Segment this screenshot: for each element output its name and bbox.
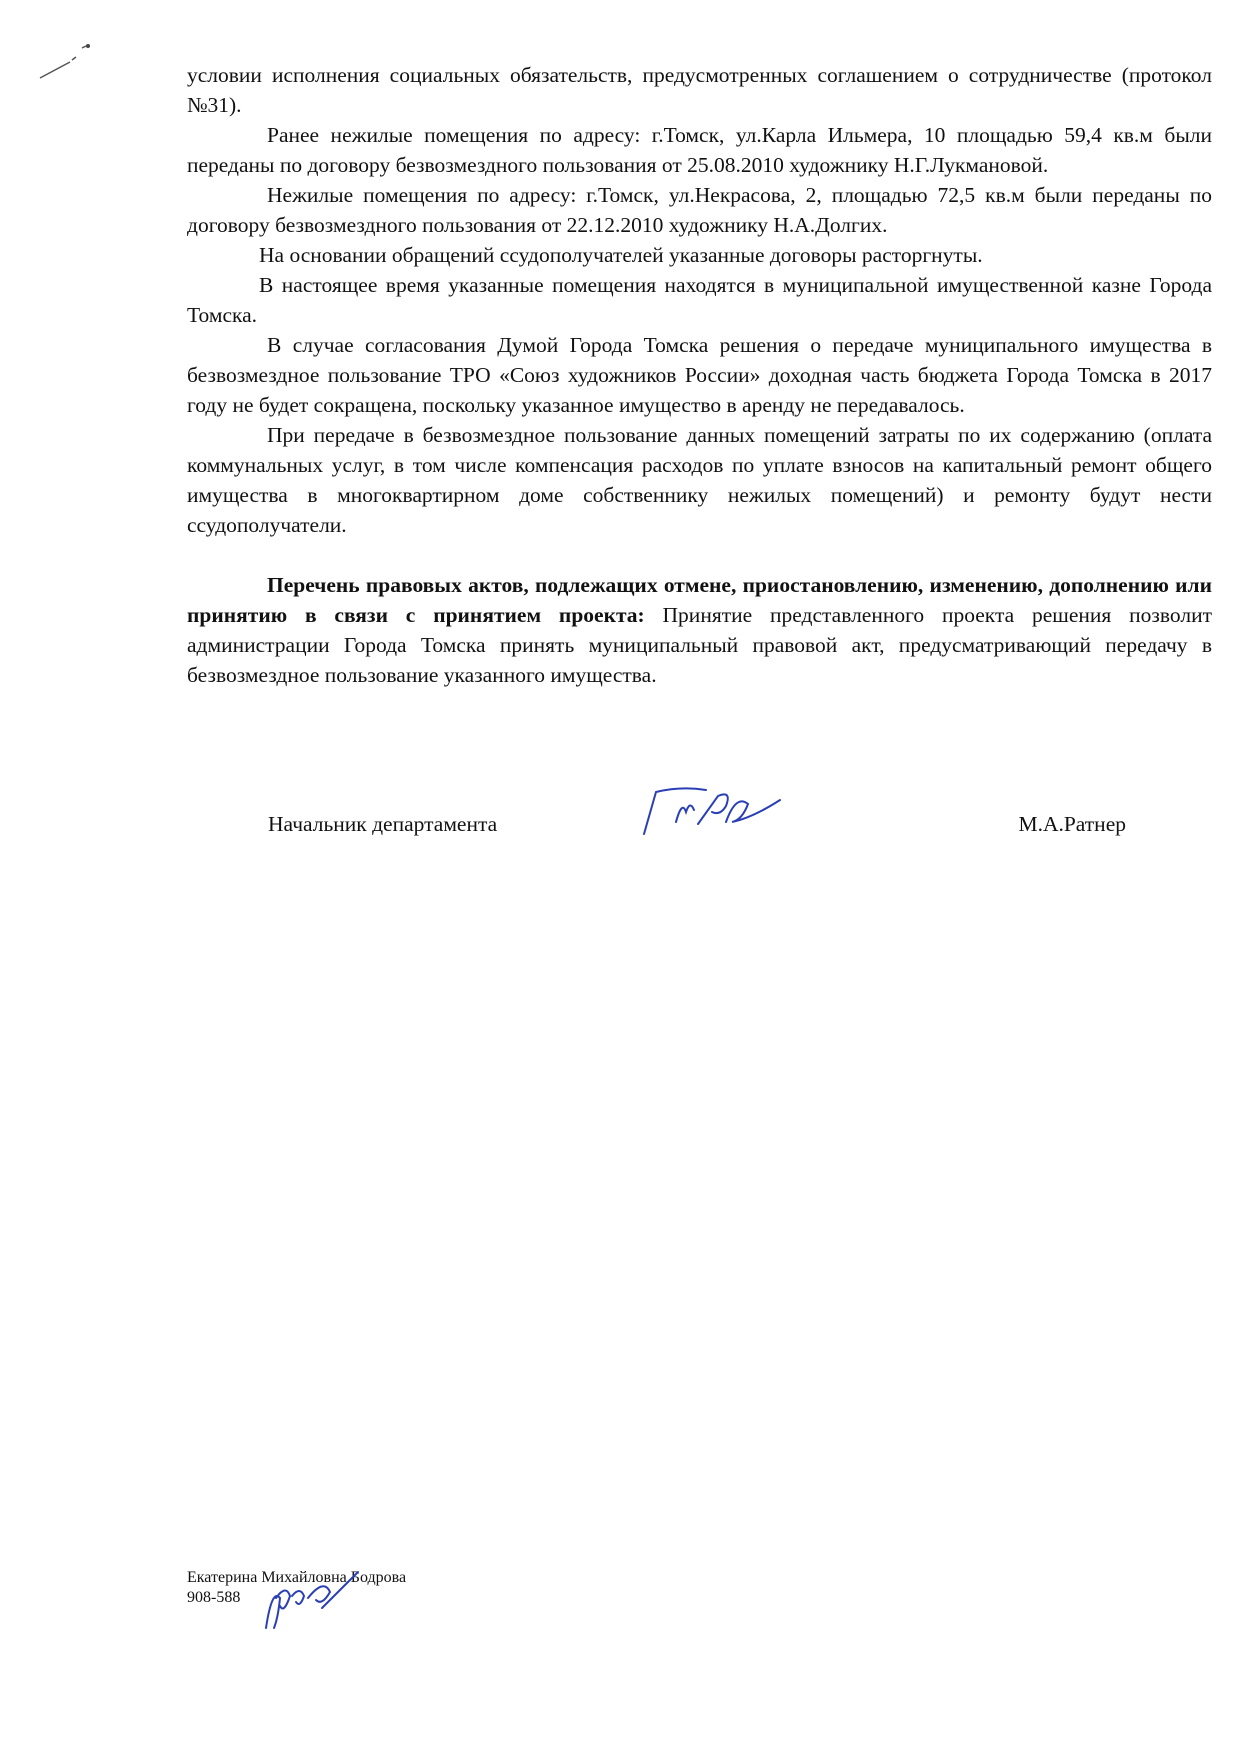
executor-signature-icon (258, 1568, 368, 1638)
signatory-name: М.А.Ратнер (1018, 812, 1126, 837)
paragraph-maintenance-costs: При передаче в безвозмездное пользование… (187, 420, 1212, 540)
paragraph-legal-acts: Перечень правовых актов, подлежащих отме… (187, 570, 1212, 690)
paragraph-municipal-treasury: В настоящее время указанные помещения на… (187, 270, 1212, 330)
paragraph-nekrasova-premises: Нежилые помещения по адресу: г.Томск, ул… (187, 180, 1212, 240)
paragraph-budget-impact: В случае согласования Думой Города Томск… (187, 330, 1212, 420)
paragraph-ilmera-premises: Ранее нежилые помещения по адресу: г.Том… (187, 120, 1212, 180)
document-body: условии исполнения социальных обязательс… (187, 60, 1212, 690)
signature-block: Начальник департамента М.А.Ратнер (268, 812, 1126, 852)
paragraph-contracts-terminated: На основании обращений ссудополучателей … (187, 240, 1212, 270)
scan-artifact-mark (30, 40, 100, 90)
signatory-position: Начальник департамента (268, 812, 497, 837)
handwritten-signature-icon (636, 782, 796, 842)
paragraph-protocol: условии исполнения социальных обязательс… (187, 60, 1212, 120)
